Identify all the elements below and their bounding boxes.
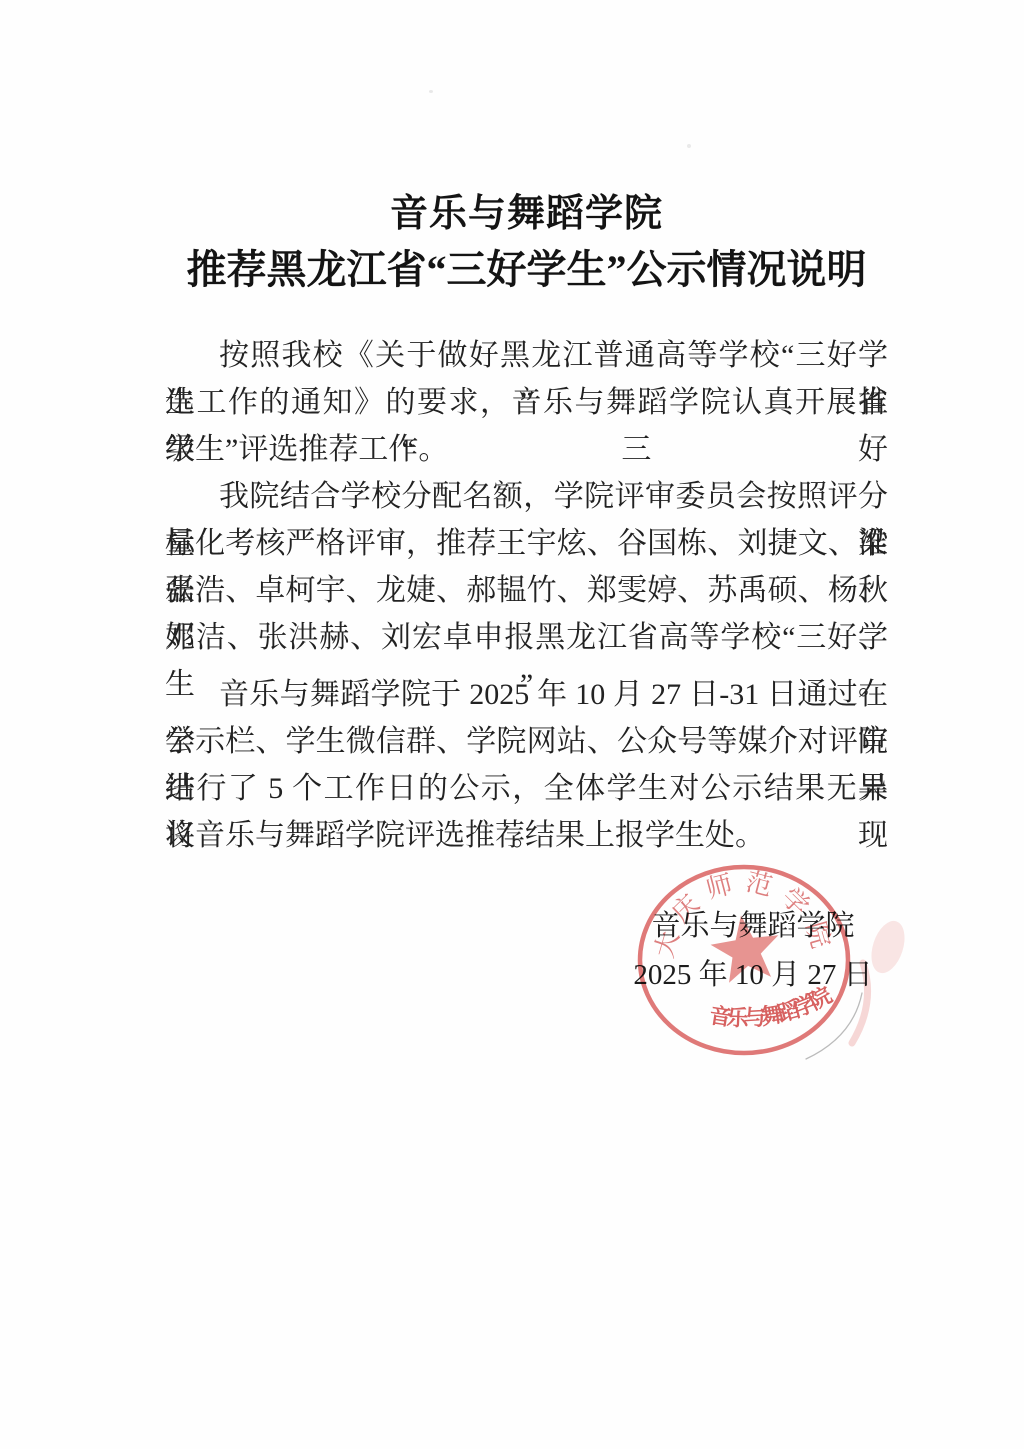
body-line: 我院结合学校分配名额，学院评审委员会按照评分标准 — [165, 473, 888, 520]
paragraph-1: 按照我校《关于做好黑龙江普通高等学校“三好学生”推 选工作的通知》的要求，音乐与… — [165, 332, 888, 473]
body-line: 公示栏、学生微信群、学院网站、公众号等媒介对评审结果 — [165, 718, 888, 765]
paragraph-2: 我院结合学校分配名额，学院评审委员会按照评分标准 量化考核严格评审，推荐王宇炫、… — [165, 473, 888, 661]
body-line: 音乐与舞蹈学院于 2025 年 10 月 27 日-31 日通过在学院 — [165, 671, 888, 718]
body-line: 选工作的通知》的要求，音乐与舞蹈学院认真开展省级“三好 — [165, 379, 888, 426]
body-line: 按照我校《关于做好黑龙江普通高等学校“三好学生”推 — [165, 332, 888, 379]
signature-date: 2025 年 10 月 27 日 — [597, 955, 909, 995]
body-line: 量化考核严格评审，推荐王宇炫、谷国栋、刘捷文、梁磊、 — [165, 520, 888, 567]
scan-speck — [687, 144, 691, 148]
document-page: 音乐与舞蹈学院 推荐黑龙江省“三好学生”公示情况说明 按照我校《关于做好黑龙江普… — [0, 0, 1024, 1449]
signature-department: 音乐与舞蹈学院 — [597, 906, 909, 946]
document-title-line2: 推荐黑龙江省“三好学生”公示情况说明 — [165, 244, 888, 296]
body-line: 进行了 5 个工作日的公示，全体学生对公示结果无异议。现 — [165, 765, 888, 812]
document-content: 音乐与舞蹈学院 推荐黑龙江省“三好学生”公示情况说明 按照我校《关于做好黑龙江普… — [165, 190, 888, 859]
scan-speck — [429, 90, 433, 93]
body-line: 邓洁、张洪赫、刘宏卓申报黑龙江省高等学校“三好学生”。 — [165, 614, 888, 661]
body-line: 张浩、卓柯宇、龙婕、郝韫竹、郑雯婷、苏禹硕、杨秋妮、 — [165, 567, 888, 614]
document-body: 按照我校《关于做好黑龙江普通高等学校“三好学生”推 选工作的通知》的要求，音乐与… — [165, 332, 888, 859]
paragraph-3: 音乐与舞蹈学院于 2025 年 10 月 27 日-31 日通过在学院 公示栏、… — [165, 671, 888, 859]
pencil-mark — [806, 993, 862, 1059]
document-title-line1: 音乐与舞蹈学院 — [165, 190, 888, 238]
